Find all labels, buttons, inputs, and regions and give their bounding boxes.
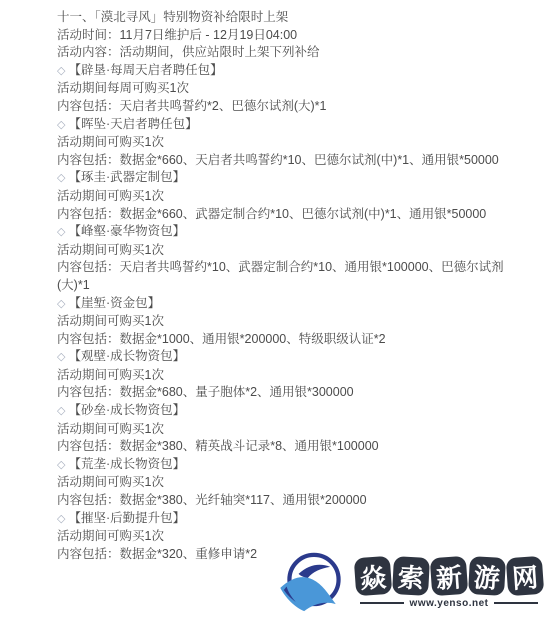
purchase-limit: 活动期间可购买1次	[57, 313, 516, 331]
diamond-bullet-icon: ◇	[57, 65, 65, 77]
package-title: ◇【崖堑·资金包】	[57, 295, 516, 314]
diamond-bullet-icon: ◇	[57, 226, 65, 238]
package-contents: 内容包括：数据金*1000、通用银*200000、特级职级认证*2	[57, 331, 516, 349]
package-name: 【峰壑·豪华物资包】	[68, 224, 185, 238]
package-contents: 内容包括：数据金*380、光纤轴突*117、通用银*200000	[57, 492, 516, 510]
diamond-bullet-icon: ◇	[57, 119, 65, 131]
package-name: 【观壁·成长物资包】	[68, 349, 185, 363]
package-section: ◇【峰壑·豪华物资包】 活动期间可购买1次 内容包括：天启者共鸣誓约*10、武器…	[57, 223, 516, 294]
package-name: 【荒垄·成长物资包】	[68, 457, 185, 471]
package-section: ◇【砂垒·成长物资包】 活动期间可购买1次 内容包括：数据金*380、精英战斗记…	[57, 402, 516, 456]
section-title: 十一、「漠北寻风」特别物资补给限时上架	[57, 9, 516, 27]
stamp-char: 索	[393, 557, 429, 595]
package-section: ◇【晖坠·天启者聘任包】 活动期间可购买1次 内容包括：数据金*660、天启者共…	[57, 116, 516, 170]
package-title: ◇【琢圭·武器定制包】	[57, 169, 516, 188]
site-url-row: www.yenso.net	[356, 598, 542, 609]
package-contents: 内容包括：数据金*660、天启者共鸣誓约*10、巴德尔试剂(中)*1、通用银*5…	[57, 152, 516, 170]
package-section: ◇【荒垄·成长物资包】 活动期间可购买1次 内容包括：数据金*380、光纤轴突*…	[57, 456, 516, 510]
package-section: ◇【观壁·成长物资包】 活动期间可购买1次 内容包括：数据金*680、量子胞体*…	[57, 348, 516, 402]
package-contents: 内容包括：天启者共鸣誓约*10、武器定制合约*10、通用银*100000、巴德尔…	[57, 259, 516, 294]
purchase-limit: 活动期间可购买1次	[57, 367, 516, 385]
stamp-char: 游	[469, 557, 505, 595]
diamond-bullet-icon: ◇	[57, 298, 65, 310]
announcement-document: 十一、「漠北寻风」特别物资补给限时上架 活动时间：11月7日维护后 - 12月1…	[0, 0, 550, 563]
diamond-bullet-icon: ◇	[57, 513, 65, 525]
package-section: ◇【崖堑·资金包】 活动期间可购买1次 内容包括：数据金*1000、通用银*20…	[57, 295, 516, 349]
package-contents: 内容包括：天启者共鸣誓约*2、巴德尔试剂(大)*1	[57, 98, 516, 116]
purchase-limit: 活动期间可购买1次	[57, 528, 516, 546]
package-contents: 内容包括：数据金*380、精英战斗记录*8、通用银*100000	[57, 438, 516, 456]
package-contents: 内容包括：数据金*660、武器定制合约*10、巴德尔试剂(中)*1、通用银*50…	[57, 206, 516, 224]
package-title: ◇【观壁·成长物资包】	[57, 348, 516, 367]
site-url: www.yenso.net	[410, 598, 489, 609]
site-name-stamps: 焱 索 新 游 网 www.yenso.net	[356, 558, 542, 609]
package-title: ◇【晖坠·天启者聘任包】	[57, 116, 516, 135]
package-name: 【砂垒·成长物资包】	[68, 403, 185, 417]
package-name: 【辟垦·每周天启者聘任包】	[68, 63, 222, 77]
purchase-limit: 活动期间可购买1次	[57, 188, 516, 206]
package-name: 【崖堑·资金包】	[68, 296, 160, 310]
package-title: ◇【荒垄·成长物资包】	[57, 456, 516, 475]
stamp-char: 新	[431, 556, 467, 594]
package-name: 【琢圭·武器定制包】	[68, 170, 185, 184]
stamp-char: 焱	[355, 556, 391, 594]
package-name: 【晖坠·天启者聘任包】	[68, 117, 197, 131]
package-contents: 内容包括：数据金*680、量子胞体*2、通用银*300000	[57, 384, 516, 402]
package-section: ◇【琢圭·武器定制包】 活动期间可购买1次 内容包括：数据金*660、武器定制合…	[57, 169, 516, 223]
diamond-bullet-icon: ◇	[57, 405, 65, 417]
event-content: 活动内容：活动期间，供应站限时上架下列补给	[57, 44, 516, 62]
diamond-bullet-icon: ◇	[57, 351, 65, 363]
stamp-char: 网	[507, 556, 543, 594]
purchase-limit: 活动期间可购买1次	[57, 421, 516, 439]
rule-right	[494, 602, 538, 604]
rule-left	[360, 602, 404, 604]
package-title: ◇【峰壑·豪华物资包】	[57, 223, 516, 242]
package-section: ◇【辟垦·每周天启者聘任包】 活动期间每周可购买1次 内容包括：天启者共鸣誓约*…	[57, 62, 516, 116]
package-name: 【摧坚·后勤提升包】	[68, 511, 185, 525]
diamond-bullet-icon: ◇	[57, 172, 65, 184]
event-time: 活动时间：11月7日维护后 - 12月19日04:00	[57, 27, 516, 45]
purchase-limit: 活动期间可购买1次	[57, 134, 516, 152]
package-title: ◇【摧坚·后勤提升包】	[57, 510, 516, 529]
yenso-logo-icon	[276, 550, 352, 616]
purchase-limit: 活动期间每周可购买1次	[57, 80, 516, 98]
package-title: ◇【辟垦·每周天启者聘任包】	[57, 62, 516, 81]
package-title: ◇【砂垒·成长物资包】	[57, 402, 516, 421]
site-watermark: 焱 索 新 游 网 www.yenso.net	[276, 550, 542, 616]
purchase-limit: 活动期间可购买1次	[57, 242, 516, 260]
diamond-bullet-icon: ◇	[57, 459, 65, 471]
purchase-limit: 活动期间可购买1次	[57, 474, 516, 492]
